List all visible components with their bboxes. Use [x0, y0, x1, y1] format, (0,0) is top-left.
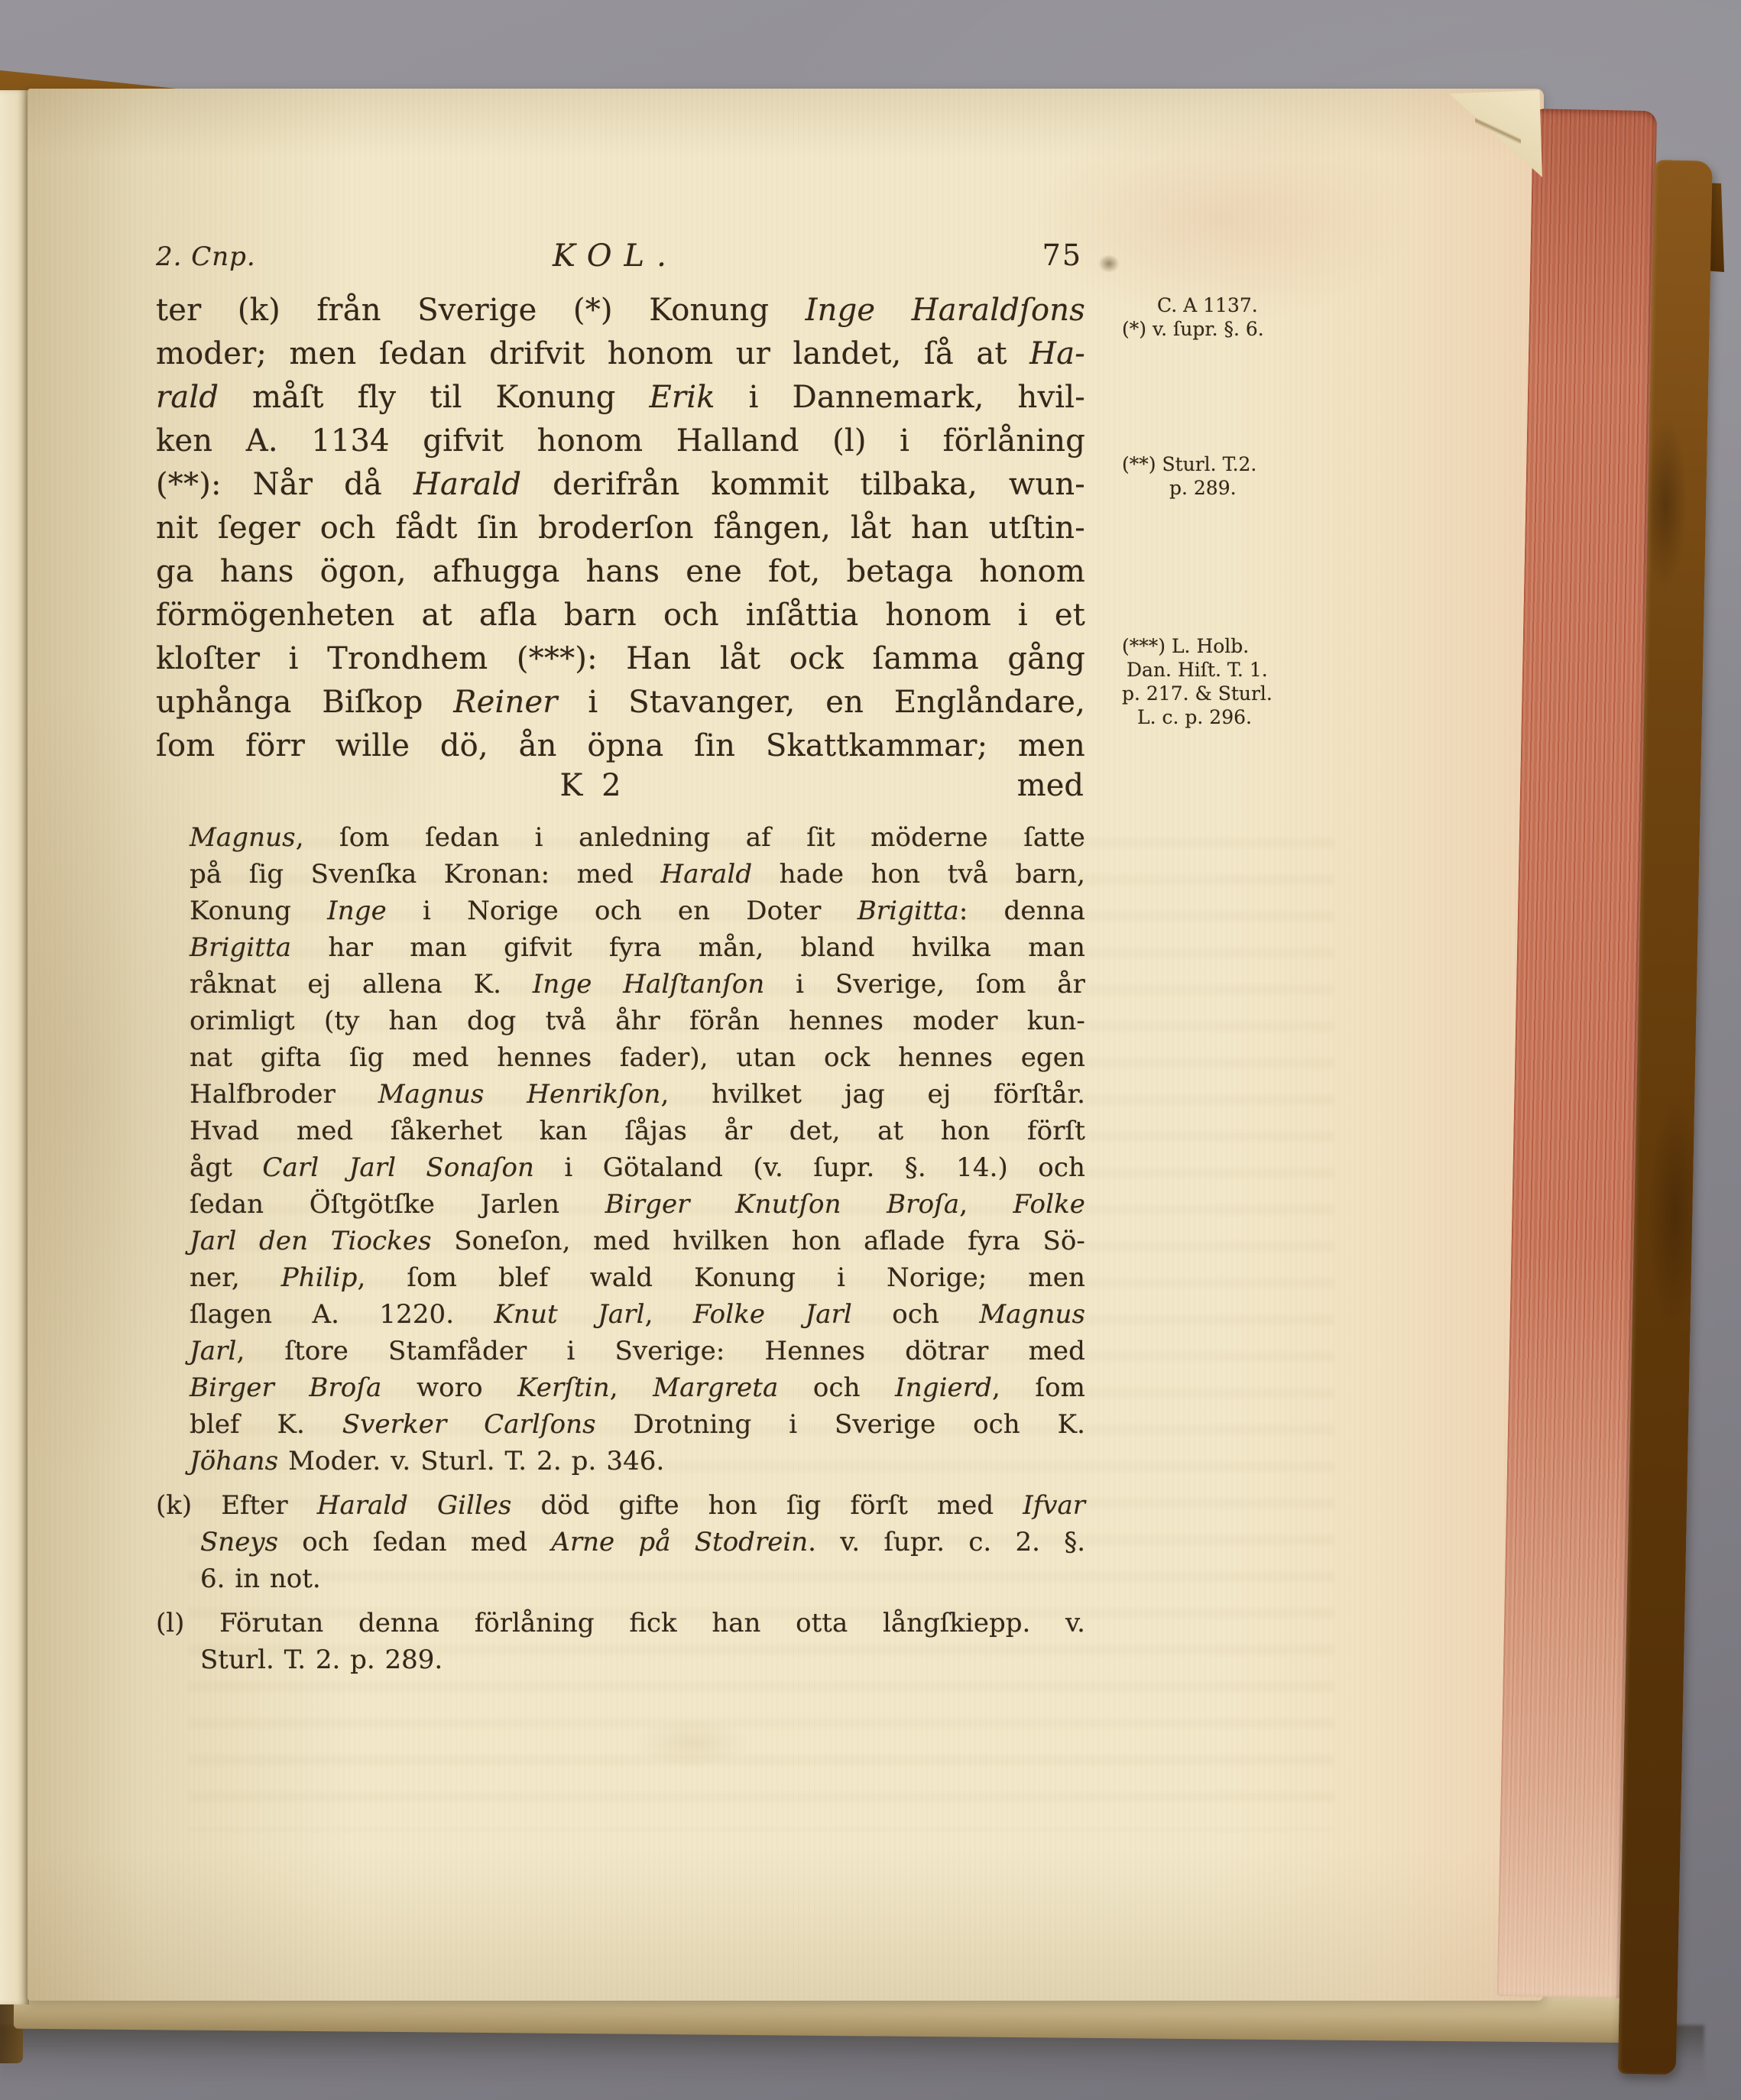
photo-background: 2. Cnp. KOL. 75 ter (k) från Sverige (*)… — [0, 0, 1741, 2100]
book-right-side — [0, 0, 1741, 2100]
dog-ear-crease — [1475, 95, 1521, 168]
